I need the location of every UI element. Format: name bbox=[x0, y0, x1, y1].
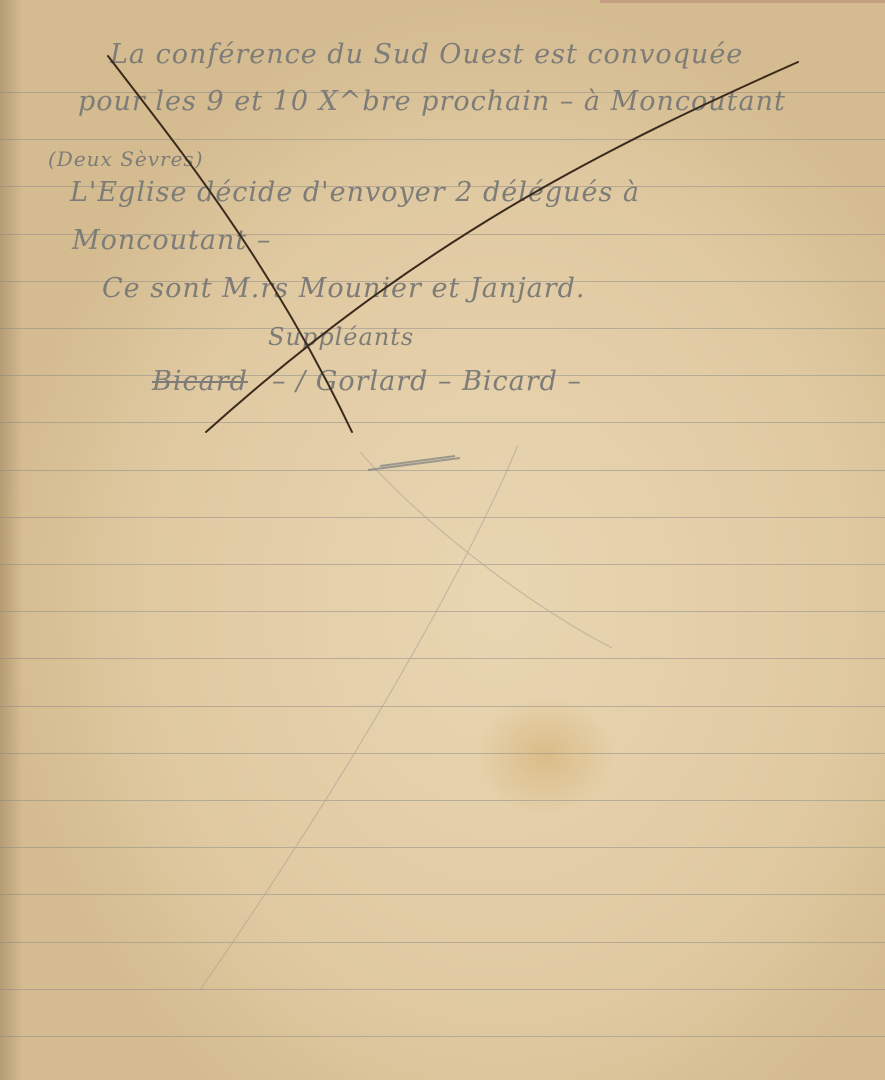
ink-x-mark bbox=[108, 56, 798, 432]
underline-strokes bbox=[368, 456, 460, 470]
cross-out-marks bbox=[0, 0, 885, 1080]
notebook-page: La conférence du Sud Ouest est convoquée… bbox=[0, 0, 885, 1080]
pencil-x-mark bbox=[200, 445, 612, 990]
